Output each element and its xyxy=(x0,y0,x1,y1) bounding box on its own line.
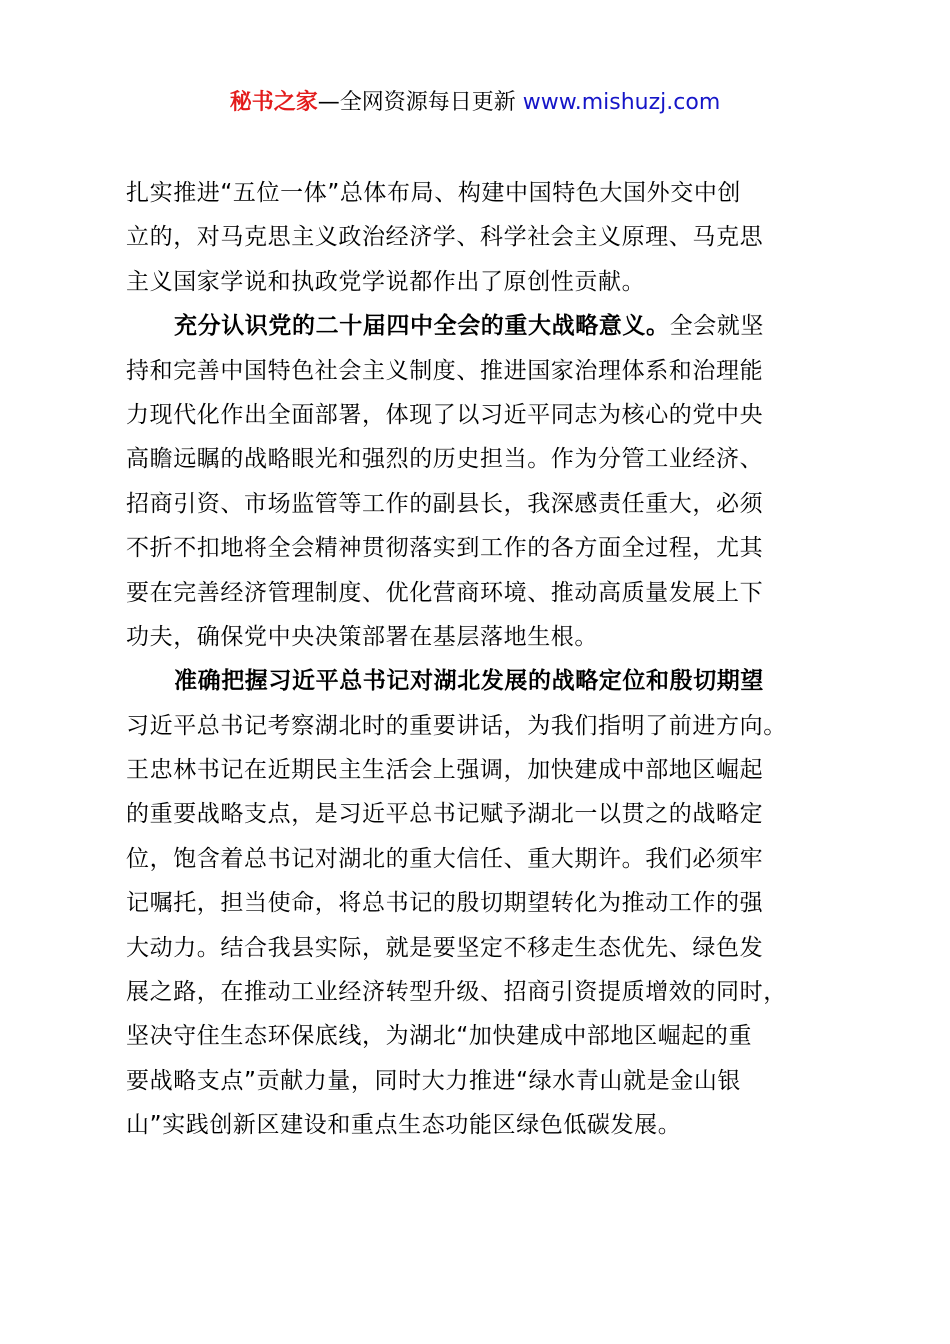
text-span: 全会就坚 xyxy=(670,313,764,339)
text-line: 扎实推进“五位一体”总体布局、构建中国特色大国外交中创 xyxy=(126,171,846,215)
text-line: 大动力。结合我县实际，就是要坚定不移走生态优先、绿色发 xyxy=(126,926,846,970)
text-line: 要在完善经济管理制度、优化营商环境、推动高质量发展上下 xyxy=(126,571,846,615)
text-line: 位，饱含着总书记对湖北的重大信任、重大期许。我们必须牢 xyxy=(126,837,846,881)
text-line: 招商引资、市场监管等工作的副县长，我深感责任重大，必须 xyxy=(126,482,846,526)
site-tagline: —全网资源每日更新 xyxy=(318,90,523,115)
text-line: 不折不扣地将全会精神贯彻落实到工作的各方面全过程，尤其 xyxy=(126,526,846,570)
text-line: 习近平总书记考察湖北时的重要讲话，为我们指明了前进方向。 xyxy=(126,704,846,748)
paragraph-3: 准确把握习近平总书记对湖北发展的战略定位和殷切期望 习近平总书记考察湖北时的重要… xyxy=(126,659,846,1147)
text-line: 要战略支点”贡献力量，同时大力推进“绿水青山就是金山银 xyxy=(126,1059,846,1103)
document-body: 扎实推进“五位一体”总体布局、构建中国特色大国外交中创 立的，对马克思主义政治经… xyxy=(126,171,846,1148)
section-heading: 准确把握习近平总书记对湖北发展的战略定位和殷切期望 xyxy=(126,659,846,703)
text-line: 功夫，确保党中央决策部署在基层落地生根。 xyxy=(126,615,846,659)
text-line: 高瞻远瞩的战略眼光和强烈的历史担当。作为分管工业经济、 xyxy=(126,437,846,481)
site-brand: 秘书之家 xyxy=(230,90,318,115)
text-line: 力现代化作出全面部署，体现了以习近平同志为核心的党中央 xyxy=(126,393,846,437)
site-url-link[interactable]: www.mishuzj.com xyxy=(523,90,720,115)
text-line: 山”实践创新区建设和重点生态功能区绿色低碳发展。 xyxy=(126,1103,846,1147)
text-line: 立的，对马克思主义政治经济学、科学社会主义原理、马克思 xyxy=(126,215,846,259)
text-line: 王忠林书记在近期民主生活会上强调，加快建成中部地区崛起 xyxy=(126,748,846,792)
text-line: 持和完善中国特色社会主义制度、推进国家治理体系和治理能 xyxy=(126,349,846,393)
paragraph-2: 充分认识党的二十届四中全会的重大战略意义。全会就坚 持和完善中国特色社会主义制度… xyxy=(126,304,846,659)
text-line: 记嘱托，担当使命，将总书记的殷切期望转化为推动工作的强 xyxy=(126,881,846,925)
text-line: 充分认识党的二十届四中全会的重大战略意义。全会就坚 xyxy=(126,304,846,348)
text-line: 坚决守住生态环保底线，为湖北“加快建成中部地区崛起的重 xyxy=(126,1014,846,1058)
text-line: 展之路，在推动工业经济转型升级、招商引资提质增效的同时， xyxy=(126,970,846,1014)
text-line: 的重要战略支点，是习近平总书记赋予湖北一以贯之的战略定 xyxy=(126,792,846,836)
text-line: 主义国家学说和执政党学说都作出了原创性贡献。 xyxy=(126,260,846,304)
site-header: 秘书之家—全网资源每日更新 www.mishuzj.com xyxy=(0,88,950,118)
section-heading: 充分认识党的二十届四中全会的重大战略意义。 xyxy=(174,313,670,339)
paragraph-1: 扎实推进“五位一体”总体布局、构建中国特色大国外交中创 立的，对马克思主义政治经… xyxy=(126,171,846,304)
